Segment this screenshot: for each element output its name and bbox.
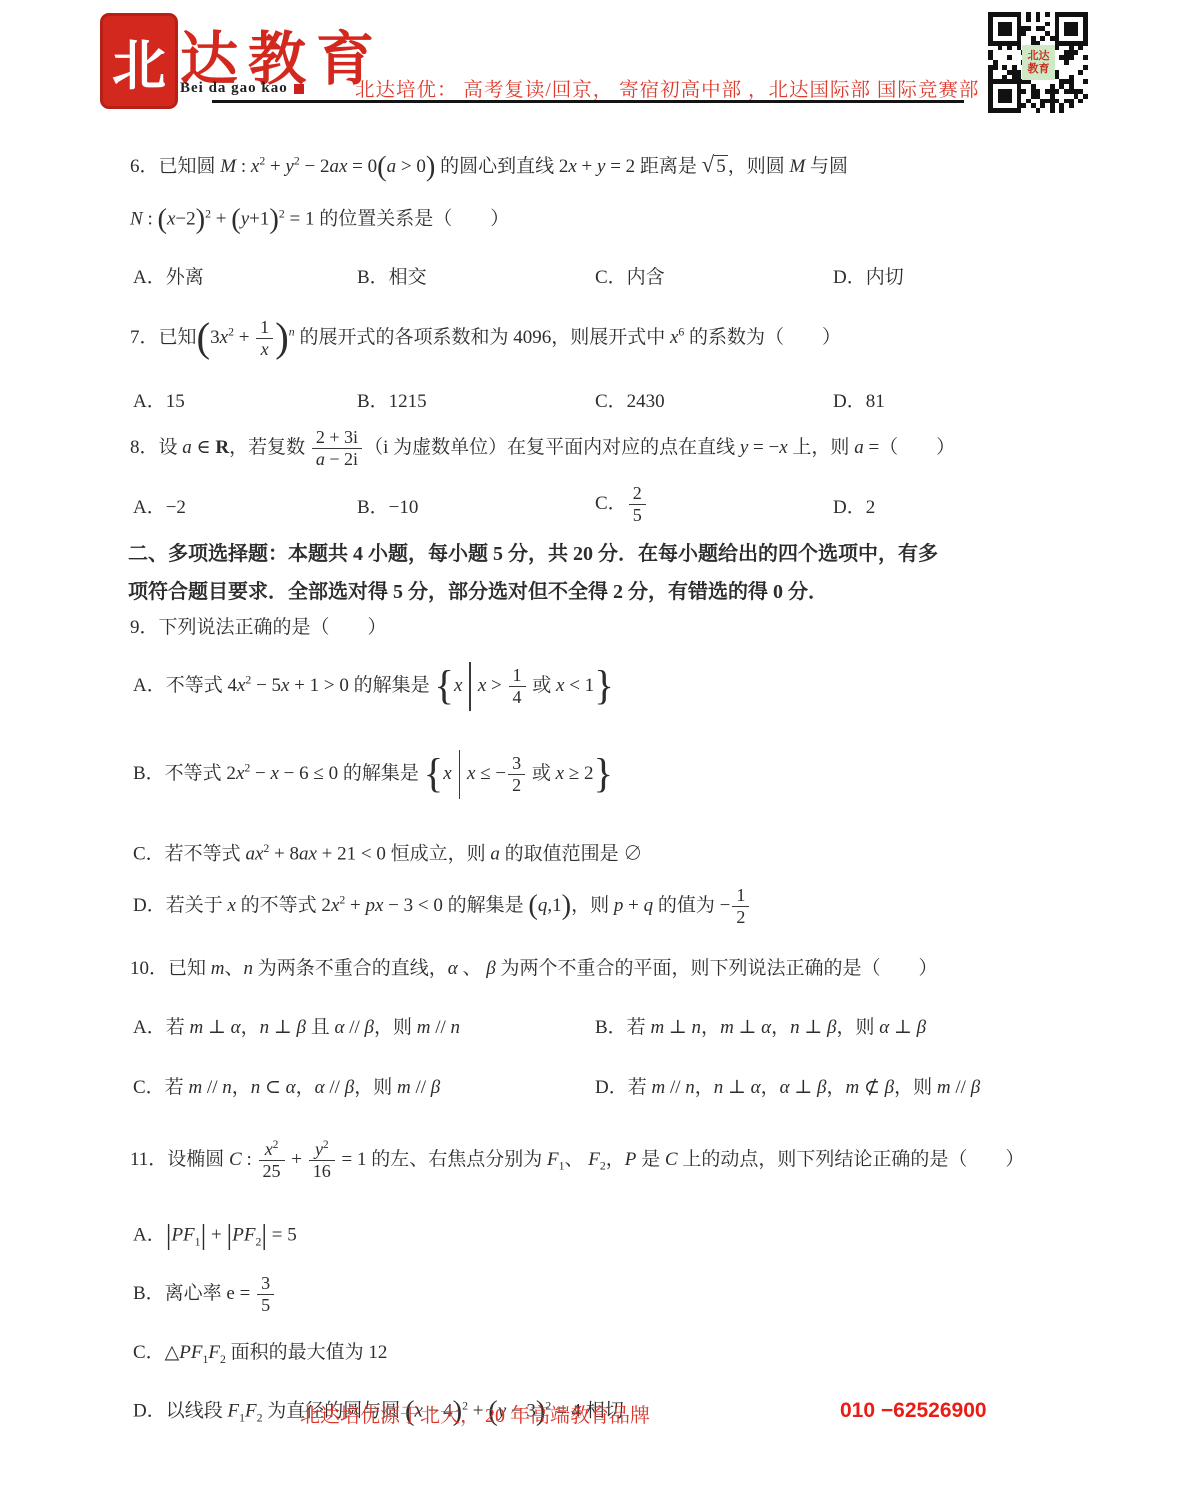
q10-options-row2: C．若 m // n，n ⊂ α，α // β，则 m // β D．若 m /…	[133, 1076, 1133, 1104]
q7-option-d: D．81	[833, 390, 885, 415]
qr-center-label: 北达 教育	[1022, 45, 1055, 80]
q9-stem: 9．下列说法正确的是（ ）	[130, 616, 387, 641]
header-tagline: 北达培优： 高考复读/回京， 寄宿初高中部 ，北达国际部 国际竞赛部	[355, 74, 979, 102]
q10-options-row1: A．若 m ⊥ α，n ⊥ β 且 α // β，则 m // n B．若 m …	[133, 1016, 1133, 1044]
q6-option-c: C．内含	[595, 266, 665, 291]
section2-instructions-line2: 项符合题目要求．全部选对得 5 分，部分选对但不全得 2 分，有错选的得 0 分…	[128, 579, 828, 606]
q6-option-a: A．外离	[133, 266, 204, 291]
q10-option-d: D．若 m // n，n ⊥ α，α ⊥ β，m ⊄ β，则 m // β	[595, 1076, 980, 1101]
q6-stem-line2: N : (x−2)2 + (y+1)2 = 1 的位置关系是（ ）	[130, 206, 509, 235]
q9-option-c: C．若不等式 ax2 + 8ax + 21 < 0 恒成立，则 a 的取值范围是…	[133, 841, 642, 867]
seal-character: 北	[112, 23, 166, 100]
q8-option-d: D．2	[833, 484, 875, 521]
section2-instructions-line1: 二、多项选择题：本题共 4 小题，每小题 5 分，共 20 分．在每小题给出的四…	[128, 541, 938, 568]
q10-stem: 10．已知 m、n 为两条不重合的直线，α 、 β 为两个不重合的平面，则下列说…	[130, 957, 938, 982]
q6-options-row: A．外离 B．相交 C．内含 D．内切	[133, 266, 1083, 294]
q8-option-b: B．−10	[357, 484, 418, 521]
q7-options-row: A．15 B．1215 C．2430 D．81	[133, 390, 1083, 418]
q9-option-b: B．不等式 2x2 − x − 6 ≤ 0 的解集是 {xx ≤ −32 或 x…	[133, 750, 613, 799]
q9-option-d: D．若关于 x 的不等式 2x2 + px − 3 < 0 的解集是 (q,1)…	[133, 886, 751, 927]
q6-option-d: D．内切	[833, 266, 904, 291]
footer-phone-number: 010 −62526900	[840, 1399, 987, 1423]
q11-stem: 11．设椭圆 C : x225 + y216 = 1 的左、右焦点分别为 F1、…	[130, 1140, 1024, 1181]
header-divider	[212, 100, 964, 103]
q9-option-a: A．不等式 4x2 − 5x + 1 > 0 的解集是 {xx > 14 或 x…	[133, 662, 614, 711]
exam-page: { "header": { "seal_char": "北", "brand":…	[0, 0, 1181, 1512]
q7-option-c: C．2430	[595, 390, 665, 415]
footer-slogan: 北达培优源于北大， 20 年高端教育品牌	[300, 1399, 650, 1428]
brand-seal-logo: 北	[100, 13, 178, 109]
q11-option-a: A．|PF1| + |PF2| = 5	[133, 1222, 297, 1251]
red-square-icon	[294, 84, 304, 94]
q7-stem: 7．已知(3x2 + 1x)n 的展开式的各项系数和为 4096，则展开式中 x…	[130, 318, 841, 359]
q10-option-b: B．若 m ⊥ n，m ⊥ α，n ⊥ β，则 α ⊥ β	[595, 1016, 926, 1041]
q11-option-c: C．△PF1F2 面积的最大值为 12	[133, 1341, 387, 1367]
qr-code: 北达 教育	[988, 12, 1088, 113]
brand-romanized: Bei da gao kao	[180, 80, 304, 97]
q10-option-a: A．若 m ⊥ α，n ⊥ β 且 α // β，则 m // n	[133, 1016, 460, 1041]
q7-option-a: A．15	[133, 390, 185, 415]
q6-option-b: B．相交	[357, 266, 427, 291]
q11-option-b: B．离心率 e = 35	[133, 1274, 276, 1315]
q8-option-a: A．−2	[133, 484, 186, 521]
q6-stem-line1: 6．已知圆 M : x2 + y2 − 2ax = 0(a > 0) 的圆心到直…	[130, 150, 848, 182]
q7-option-b: B．1215	[357, 390, 427, 415]
q8-options-row: A．−2 B．−10 C．25 D．2	[133, 484, 1083, 532]
q10-option-c: C．若 m // n，n ⊂ α，α // β，则 m // β	[133, 1076, 440, 1101]
q8-option-c: C．25	[595, 484, 648, 525]
q8-stem: 8．设 a ∈ R，若复数 2 + 3ia − 2i（i 为虚数单位）在复平面内…	[130, 428, 955, 469]
